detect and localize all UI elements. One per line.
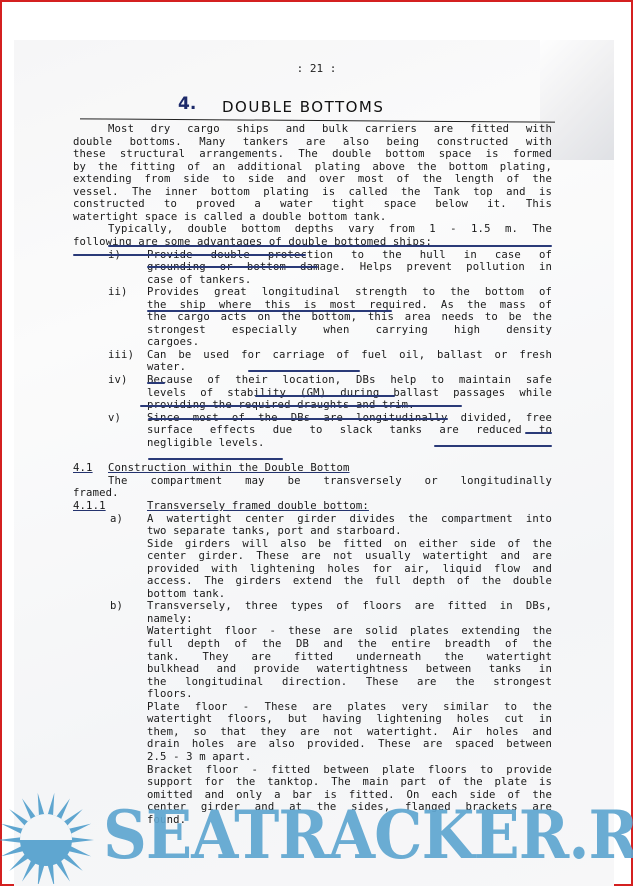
pen-underline	[108, 245, 552, 247]
intro-line: vessel. The inner bottom plating is call…	[73, 186, 552, 199]
subsection-line: A watertight center girder divides the c…	[147, 513, 552, 526]
subsection-line: full depth of the DB and the entire brea…	[147, 638, 552, 651]
intro-line: watertight space is called a double bott…	[73, 211, 386, 224]
subsection-line: drain holes are also provided. These are…	[147, 738, 552, 751]
section-line: framed.	[73, 487, 119, 500]
pen-underline	[525, 432, 552, 434]
subsection-line: Side girders will also be fitted on eith…	[147, 538, 552, 551]
pen-underline	[140, 405, 462, 407]
watermark-text: SEATRACKER.RU	[103, 800, 633, 870]
subsection-line: support for the tanktop. The main part o…	[147, 776, 552, 789]
advantage-line: cargoes.	[147, 336, 199, 349]
subsection-line: floors.	[147, 688, 193, 701]
pen-underline	[73, 254, 306, 256]
pen-underline	[248, 370, 360, 372]
pen-underline	[147, 382, 165, 384]
list-marker: ii)	[108, 286, 128, 299]
sun-logo-icon	[0, 784, 96, 884]
advantage-line: negligible levels.	[147, 437, 265, 450]
intro-line: constructed to proved a water tight spac…	[73, 198, 552, 211]
subsection-line: the longitudinal direction. These are th…	[147, 676, 552, 689]
advantage-line: surface effects due to slack tanks are r…	[147, 424, 552, 437]
subsection-line: bottom tank.	[147, 588, 225, 601]
subsection-line: Watertight floor - these are solid plate…	[147, 625, 552, 638]
list-marker: iii)	[108, 349, 134, 362]
list-marker: v)	[108, 412, 121, 425]
advantage-line: levels of stability (GM) during ballast …	[147, 387, 552, 400]
section-title: Construction within the Double Bottom	[108, 462, 350, 475]
subsection-number: 4.1.1	[73, 500, 106, 513]
subsection-title: Transversely framed double bottom:	[147, 500, 369, 513]
chapter-number: 4.	[178, 94, 196, 114]
pen-underline	[434, 445, 552, 447]
pen-underline	[147, 266, 318, 268]
pen-underline	[147, 310, 392, 312]
subsection-line: watertight floors, but having lightening…	[147, 713, 552, 726]
advantage-line: grounding or bottom damage. Helps preven…	[147, 261, 552, 274]
advantage-line: the cargo acts on the bottom, this area …	[147, 311, 552, 324]
list-marker: b)	[110, 600, 123, 613]
subsection-line: Plate floor - These are plates very simi…	[147, 701, 552, 714]
subsection-line: Bracket floor - fitted between plate flo…	[147, 764, 552, 777]
subsection-line: tank. They are fitted underneath the wat…	[147, 651, 552, 664]
list-marker: iv)	[108, 374, 128, 387]
chapter-title: DOUBLE BOTTOMS	[222, 98, 384, 116]
subsection-line: provided with lightening holes for air, …	[147, 563, 552, 576]
advantage-line: Can be used for carriage of fuel oil, ba…	[147, 349, 552, 362]
subsection-line: bulkhead and provide watertightness betw…	[147, 663, 552, 676]
subsection-line: access. The girders extend the full dept…	[147, 575, 552, 588]
advantage-line: strongest especially when carrying high …	[147, 324, 552, 337]
intro-line: double bottoms. Many tankers are also be…	[73, 136, 552, 149]
subsection-line: namely:	[147, 613, 193, 626]
intro-line: these structural arrangements. The doubl…	[73, 148, 552, 161]
subsection-line: center girder. These are not usually wat…	[147, 550, 552, 563]
advantage-line: Provides great longitudinal strength to …	[147, 286, 552, 299]
subsection-line: Transversely, three types of floors are …	[147, 600, 552, 613]
pen-underline	[255, 395, 395, 397]
list-marker: a)	[110, 513, 123, 526]
pen-underline	[148, 418, 448, 420]
subsection-line: them, so that they are not watertight. A…	[147, 726, 552, 739]
advantage-line: Because of their location, DBs help to m…	[147, 374, 552, 387]
section-number: 4.1	[73, 462, 93, 475]
advantage-line: case of tankers.	[147, 274, 251, 287]
subsection-line: two separate tanks, port and starboard.	[147, 525, 402, 538]
intro-line: extending from side to side and over mos…	[73, 173, 552, 186]
page-number: : 21 :	[0, 62, 633, 75]
intro-line: Typically, double bottom depths vary fro…	[108, 223, 552, 236]
advantage-line: water.	[147, 361, 186, 374]
intro-line: Most dry cargo ships and bulk carriers a…	[108, 123, 552, 136]
intro-line: following are some advantages of double …	[73, 236, 432, 249]
pen-underline	[148, 458, 283, 460]
intro-line: by the fitting of an additional plating …	[73, 161, 552, 174]
section-line: The compartment may be transversely or l…	[108, 475, 552, 488]
subsection-line: 2.5 - 3 m apart.	[147, 751, 251, 764]
